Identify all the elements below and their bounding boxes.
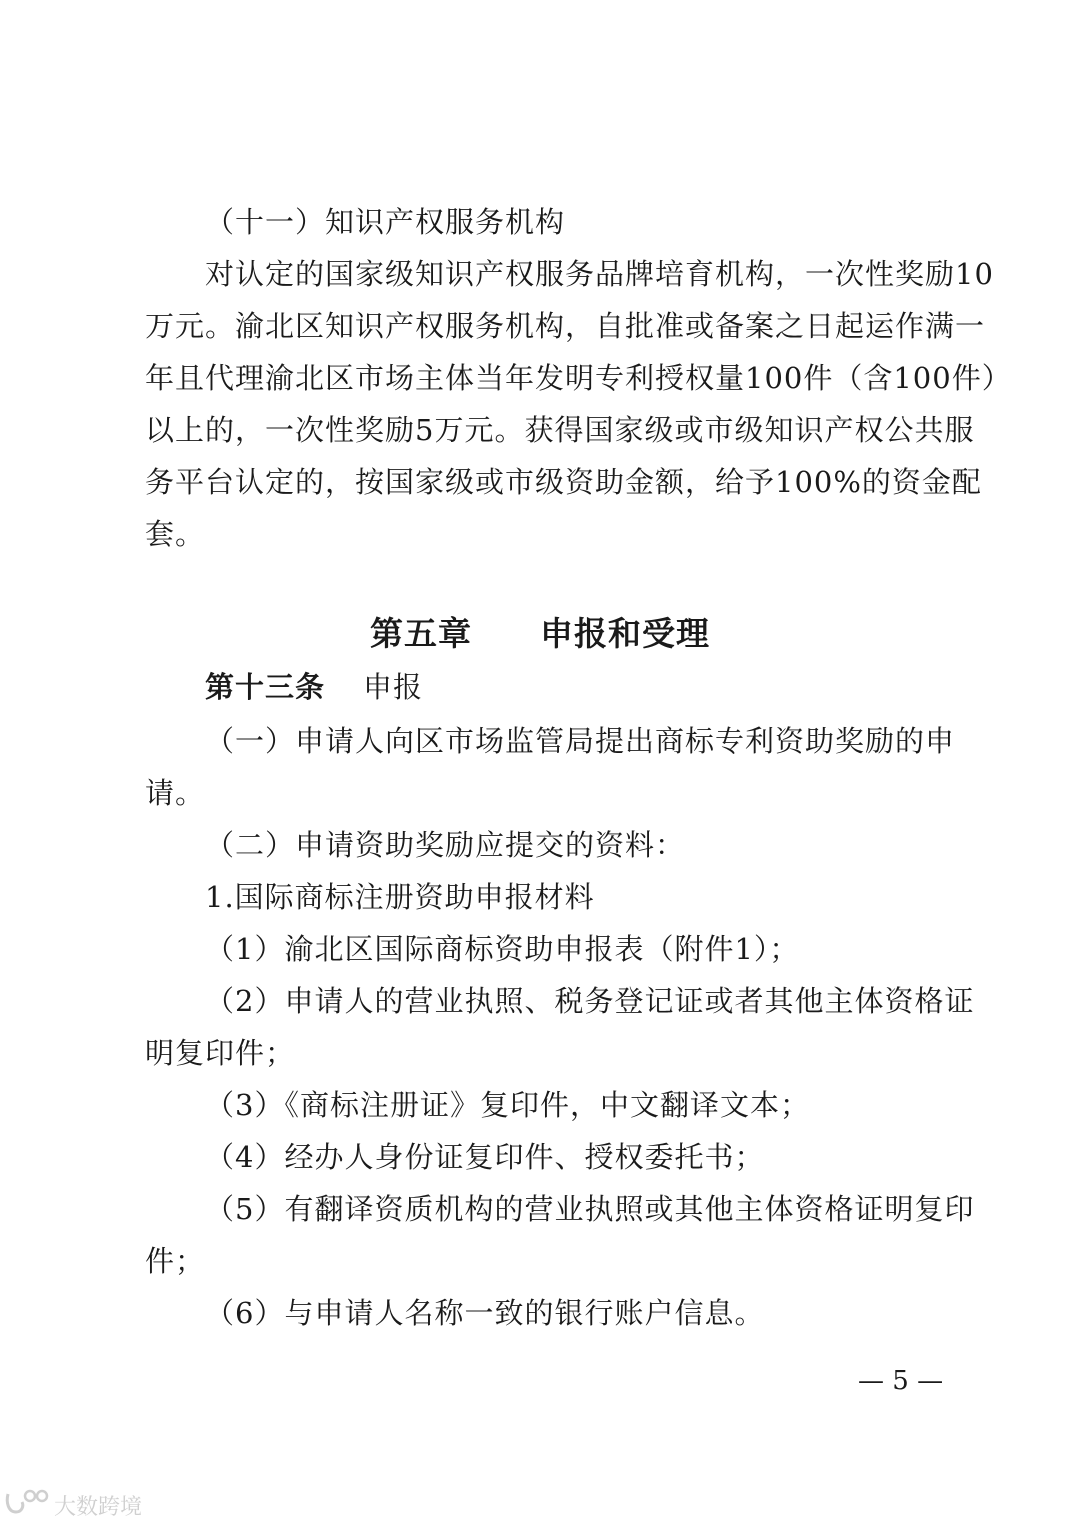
paragraph-line: 以上的，一次性奖励5万元。获得国家级或市级知识产权公共服 [145, 413, 945, 447]
paragraph-line: （一）申请人向区市场监管局提出商标专利资助奖励的申 [205, 724, 945, 758]
chapter-number: 第五章 [370, 614, 472, 653]
paragraph-line: （二）申请资助奖励应提交的资料： [205, 828, 685, 862]
material-item: （6）与申请人名称一致的银行账户信息。 [205, 1296, 764, 1330]
paragraph-line: 请。 [145, 776, 205, 810]
material-item: （5）有翻译资质机构的营业执照或其他主体资格证明复印 [205, 1192, 945, 1226]
material-item-continued: 件； [145, 1244, 205, 1278]
material-item: （3）《商标注册证》复印件，中文翻译文本； [205, 1088, 810, 1122]
logo-icon [4, 1488, 50, 1522]
watermark-text: 大数跨境 [54, 1490, 142, 1521]
article-number: 第十三条 [205, 670, 325, 704]
material-item: （4）经办人身份证复印件、授权委托书； [205, 1140, 764, 1174]
material-item: （2）申请人的营业执照、税务登记证或者其他主体资格证 [205, 984, 945, 1018]
article-title: 申报 [363, 670, 423, 704]
section-heading: （十一）知识产权服务机构 [205, 205, 565, 239]
paragraph-line: 万元。渝北区知识产权服务机构，自批准或备案之日起运作满一 [145, 309, 945, 343]
material-item: （1）渝北区国际商标资助申报表（附件1）； [205, 932, 799, 966]
chapter-heading: 第五章申报和受理 [0, 614, 1080, 654]
material-item-continued: 明复印件； [145, 1036, 295, 1070]
article-heading: 第十三条申报 [205, 670, 423, 704]
chapter-title: 申报和受理 [540, 614, 710, 653]
paragraph-line: 年且代理渝北区市场主体当年发明专利授权量100件（含100件） [145, 361, 945, 395]
paragraph-line: 务平台认定的，按国家级或市级资助金额，给予100%的资金配 [145, 465, 945, 499]
watermark: 大数跨境 [4, 1488, 142, 1522]
paragraph-line: 套。 [145, 517, 205, 551]
subsection-heading: 1.国际商标注册资助申报材料 [205, 880, 595, 914]
paragraph-line: 对认定的国家级知识产权服务品牌培育机构，一次性奖励10 [205, 257, 945, 291]
page-number: — 5 — [858, 1366, 943, 1396]
